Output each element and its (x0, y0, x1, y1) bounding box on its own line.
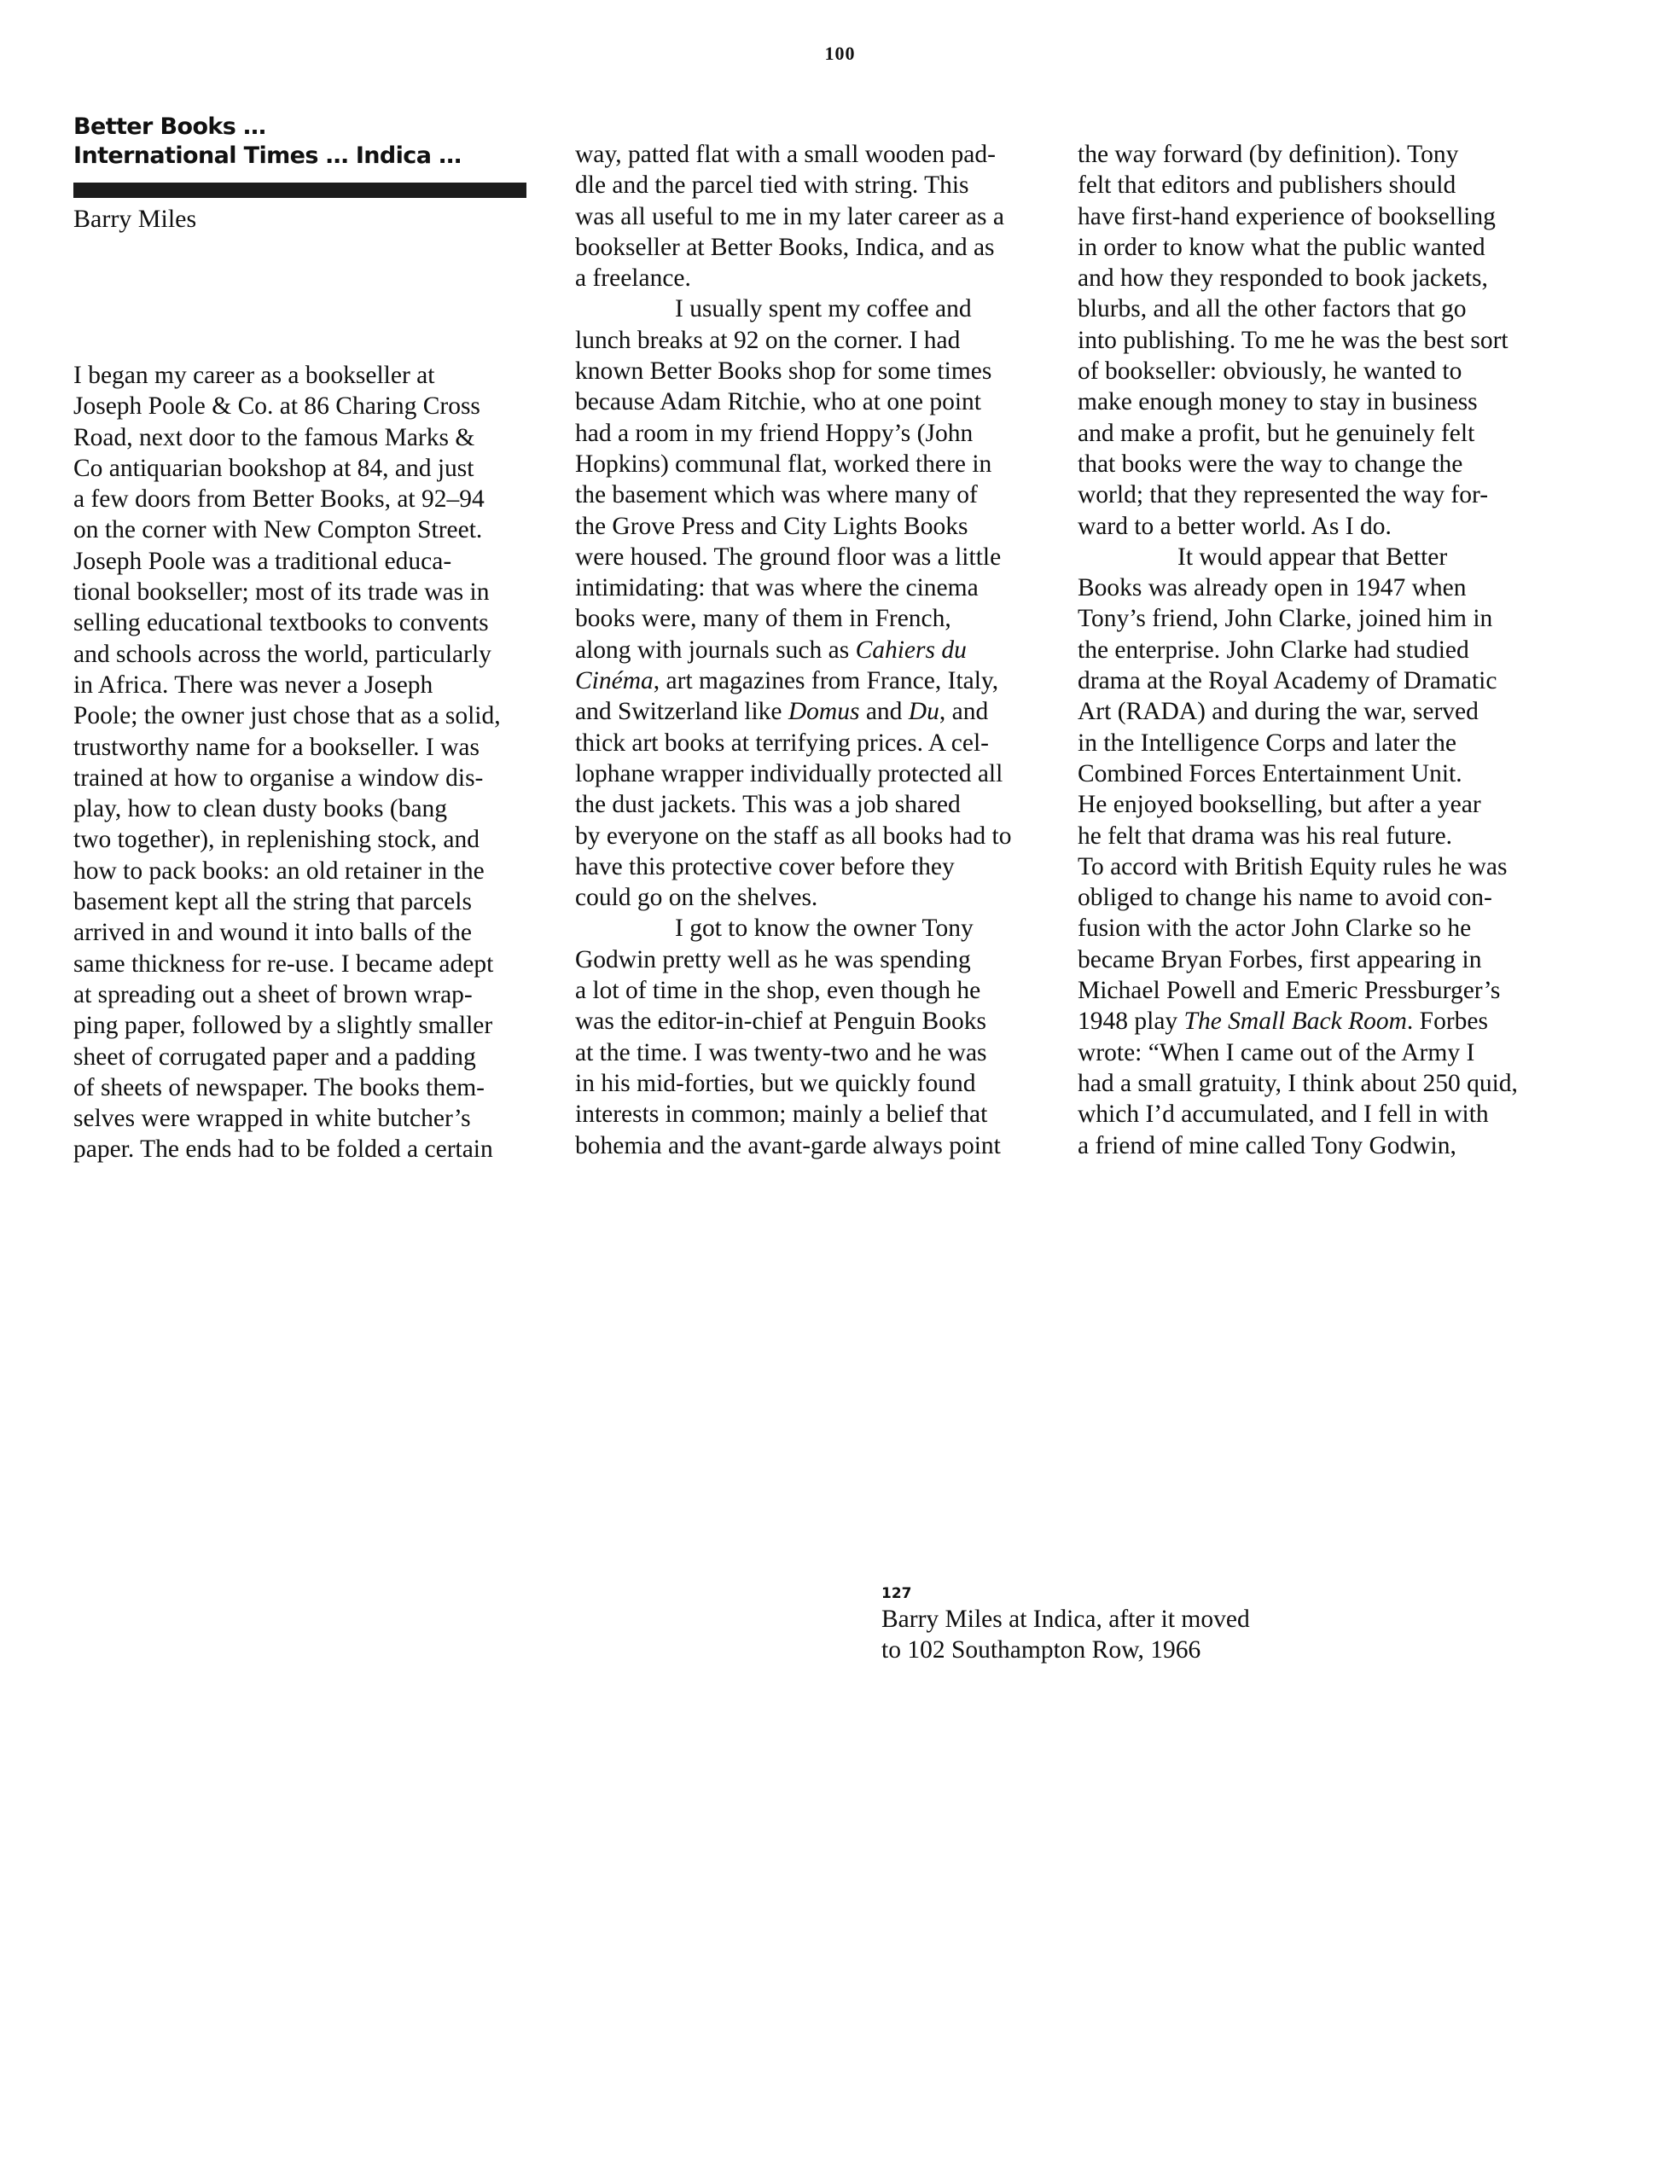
text-run: and (859, 698, 908, 725)
text-run: arrived in and wound it into balls of th… (73, 919, 472, 946)
text-line: fusion with the actor John Clarke so he (1078, 913, 1572, 944)
text-run: drama at the Royal Academy of Dramatic (1078, 667, 1497, 694)
text-run: a few doors from Better Books, at 92–94 (73, 485, 485, 513)
text-line: in order to know what the public wanted (1078, 232, 1572, 263)
text-line: by everyone on the staff as all books ha… (575, 821, 1070, 851)
text-run: It would appear that Better (1177, 543, 1447, 571)
text-run: tional bookseller; most of its trade was… (73, 578, 490, 606)
text-run: a friend of mine called Tony Godwin, (1078, 1132, 1456, 1159)
text-line: Joseph Poole & Co. at 86 Charing Cross (73, 391, 568, 421)
text-run: of bookseller: obviously, he wanted to (1078, 357, 1462, 385)
text-run: Joseph Poole was a traditional educa- (73, 548, 451, 575)
text-line: tional bookseller; most of its trade was… (73, 577, 568, 607)
text-line: in Africa. There was never a Joseph (73, 670, 568, 700)
text-run: Tony’s friend, John Clarke, joined him i… (1078, 605, 1492, 632)
text-line: the dust jackets. This was a job shared (575, 789, 1070, 820)
text-line: which I’d accumulated, and I fell in wit… (1078, 1099, 1572, 1130)
text-run: in the Intelligence Corps and later the (1078, 729, 1456, 757)
text-line: have this protective cover before they (575, 851, 1070, 882)
text-line: have first-hand experience of booksellin… (1078, 201, 1572, 232)
text-run: and Switzerland like (575, 698, 788, 725)
italic-title: Du (909, 698, 939, 725)
text-run: bookseller at Better Books, Indica, and … (575, 234, 995, 261)
text-line: wrote: “When I came out of the Army I (1078, 1037, 1572, 1068)
text-run: had a small gratuity, I think about 250 … (1078, 1070, 1518, 1097)
text-line: was all useful to me in my later career … (575, 201, 1070, 232)
text-run: . Forbes (1407, 1008, 1488, 1035)
text-line: I usually spent my coffee and (575, 293, 1070, 324)
text-line: I began my career as a bookseller at (73, 360, 568, 391)
text-line: intimidating: that was where the cinema (575, 572, 1070, 603)
text-run: two together), in replenishing stock, an… (73, 826, 480, 853)
text-line: lophane wrapper individually protected a… (575, 758, 1070, 789)
text-line: known Better Books shop for some times (575, 356, 1070, 386)
text-run: and make a profit, but he genuinely felt (1078, 420, 1474, 447)
text-run: way, patted flat with a small wooden pad… (575, 141, 996, 168)
italic-title: Cinéma (575, 667, 654, 694)
text-run: into publishing. To me he was the best s… (1078, 327, 1509, 354)
text-run: by everyone on the staff as all books ha… (575, 822, 1011, 850)
text-line: into publishing. To me he was the best s… (1078, 325, 1572, 356)
text-run: I got to know the owner Tony (675, 915, 974, 942)
text-run: of sheets of newspaper. The books them- (73, 1074, 485, 1101)
text-run: have first-hand experience of booksellin… (1078, 203, 1496, 230)
italic-title: Domus (788, 698, 860, 725)
text-line: became Bryan Forbes, first appearing in (1078, 944, 1572, 975)
text-column-2: way, patted flat with a small wooden pad… (575, 139, 1070, 1161)
text-run: I usually spent my coffee and (675, 295, 972, 322)
italic-title: The Small Back Room (1184, 1008, 1407, 1035)
caption-line: to 102 Southampton Row, 1966 (881, 1635, 1250, 1665)
text-run: books were, many of them in French, (575, 605, 951, 632)
text-run: was the editor-in-chief at Penguin Books (575, 1008, 986, 1035)
text-line: I got to know the owner Tony (575, 913, 1070, 944)
text-line: and how they responded to book jackets, (1078, 263, 1572, 293)
text-run: , and (939, 698, 988, 725)
figure-number: 127 (881, 1585, 912, 1602)
text-run: the way forward (by definition). Tony (1078, 141, 1458, 168)
text-line: of sheets of newspaper. The books them- (73, 1072, 568, 1103)
text-run: ward to a better world. As I do. (1078, 513, 1392, 540)
text-run: Road, next door to the famous Marks & (73, 424, 474, 451)
text-run: obliged to change his name to avoid con- (1078, 884, 1492, 911)
text-line: and make a profit, but he genuinely felt (1078, 418, 1572, 449)
text-run: the basement which was where many of (575, 481, 978, 508)
text-run: and schools across the world, particular… (73, 641, 491, 668)
text-line: along with journals such as Cahiers du (575, 635, 1070, 665)
text-run: the enterprise. John Clarke had studied (1078, 636, 1469, 664)
text-line: had a room in my friend Hoppy’s (John (575, 418, 1070, 449)
text-line: sheet of corrugated paper and a padding (73, 1042, 568, 1072)
text-line: Combined Forces Entertainment Unit. (1078, 758, 1572, 789)
text-run: how to pack books: an old retainer in th… (73, 857, 485, 885)
text-line: Co antiquarian bookshop at 84, and just (73, 453, 568, 484)
text-line: a lot of time in the shop, even though h… (575, 975, 1070, 1006)
article-title-line-2: International Times … Indica … (73, 142, 551, 171)
text-run: could go on the shelves. (575, 884, 817, 911)
text-run: Art (RADA) and during the war, served (1078, 698, 1479, 725)
text-line: the way forward (by definition). Tony (1078, 139, 1572, 170)
text-line: Hopkins) communal flat, worked there in (575, 449, 1070, 479)
text-run: that books were the way to change the (1078, 450, 1462, 478)
article-title: Better Books … International Times … Ind… (73, 113, 551, 171)
text-line: play, how to clean dusty books (bang (73, 793, 568, 824)
text-line: that books were the way to change the (1078, 449, 1572, 479)
text-run: He enjoyed bookselling, but after a year (1078, 791, 1481, 818)
text-line: Godwin pretty well as he was spending (575, 944, 1070, 975)
text-run: play, how to clean dusty books (bang (73, 795, 447, 822)
text-line: a freelance. (575, 263, 1070, 293)
text-run: thick art books at terrifying prices. A … (575, 729, 989, 757)
text-line: were housed. The ground floor was a litt… (575, 542, 1070, 572)
text-run: at the time. I was twenty-two and he was (575, 1039, 987, 1066)
text-column-3: the way forward (by definition). Tonyfel… (1078, 139, 1572, 1161)
text-run: a lot of time in the shop, even though h… (575, 977, 980, 1004)
text-line: To accord with British Equity rules he w… (1078, 851, 1572, 882)
text-line: at spreading out a sheet of brown wrap- (73, 979, 568, 1010)
text-run: same thickness for re-use. I became adep… (73, 950, 493, 978)
text-line: world; that they represented the way for… (1078, 479, 1572, 510)
text-run: a freelance. (575, 264, 691, 292)
text-line: because Adam Ritchie, who at one point (575, 386, 1070, 417)
text-line: 1948 play The Small Back Room. Forbes (1078, 1006, 1572, 1037)
text-run: Michael Powell and Emeric Pressburger’s (1078, 977, 1500, 1004)
page-number: 100 (0, 43, 1680, 65)
text-line: two together), in replenishing stock, an… (73, 824, 568, 855)
text-line: It would appear that Better (1078, 542, 1572, 572)
text-line: a few doors from Better Books, at 92–94 (73, 484, 568, 514)
text-run: world; that they represented the way for… (1078, 481, 1488, 508)
text-run: trained at how to organise a window dis- (73, 764, 483, 792)
text-run: make enough money to stay in business (1078, 388, 1478, 415)
text-line: He enjoyed bookselling, but after a year (1078, 789, 1572, 820)
text-run: lunch breaks at 92 on the corner. I had (575, 327, 960, 354)
text-run: bohemia and the avant-garde always point (575, 1132, 1001, 1159)
text-run: trustworthy name for a bookseller. I was (73, 734, 480, 761)
text-line: on the corner with New Compton Street. (73, 514, 568, 545)
text-run: basement kept all the string that parcel… (73, 888, 472, 915)
text-run: sheet of corrugated paper and a padding (73, 1043, 476, 1071)
text-line: paper. The ends had to be folded a certa… (73, 1134, 568, 1165)
text-line: arrived in and wound it into balls of th… (73, 917, 568, 948)
text-run: Hopkins) communal flat, worked there in (575, 450, 991, 478)
text-line: thick art books at terrifying prices. A … (575, 728, 1070, 758)
text-run: on the corner with New Compton Street. (73, 516, 482, 543)
text-run: had a room in my friend Hoppy’s (John (575, 420, 973, 447)
text-run: intimidating: that was where the cinema (575, 574, 979, 601)
text-line: dle and the parcel tied with string. Thi… (575, 170, 1070, 200)
text-line: interests in common; mainly a belief tha… (575, 1099, 1070, 1130)
text-run: the Grove Press and City Lights Books (575, 513, 968, 540)
text-run: Combined Forces Entertainment Unit. (1078, 760, 1462, 787)
text-run: selling educational textbooks to convent… (73, 609, 489, 636)
text-run: blurbs, and all the other factors that g… (1078, 295, 1466, 322)
text-run: he felt that drama was his real future. (1078, 822, 1452, 850)
text-line: make enough money to stay in business (1078, 386, 1572, 417)
text-line: of bookseller: obviously, he wanted to (1078, 356, 1572, 386)
text-line: in the Intelligence Corps and later the (1078, 728, 1572, 758)
text-line: trained at how to organise a window dis- (73, 763, 568, 793)
text-line: Tony’s friend, John Clarke, joined him i… (1078, 603, 1572, 634)
text-run: felt that editors and publishers should (1078, 171, 1456, 199)
text-line: bohemia and the avant-garde always point (575, 1130, 1070, 1161)
text-line: ping paper, followed by a slightly small… (73, 1010, 568, 1041)
text-line: the enterprise. John Clarke had studied (1078, 635, 1572, 665)
text-line: he felt that drama was his real future. (1078, 821, 1572, 851)
text-run: fusion with the actor John Clarke so he (1078, 915, 1471, 942)
caption-line: Barry Miles at Indica, after it moved (881, 1604, 1250, 1635)
text-run: was all useful to me in my later career … (575, 203, 1004, 230)
text-line: Poole; the owner just chose that as a so… (73, 700, 568, 731)
text-line: blurbs, and all the other factors that g… (1078, 293, 1572, 324)
text-run: at spreading out a sheet of brown wrap- (73, 981, 473, 1008)
text-line: Road, next door to the famous Marks & (73, 422, 568, 453)
text-run: Books was already open in 1947 when (1078, 574, 1467, 601)
text-run: in his mid-forties, but we quickly found (575, 1070, 975, 1097)
text-run: paper. The ends had to be folded a certa… (73, 1136, 493, 1163)
text-run: because Adam Ritchie, who at one point (575, 388, 981, 415)
text-run: known Better Books shop for some times (575, 357, 991, 385)
italic-title: Cahiers du (856, 636, 967, 664)
author-byline: Barry Miles (73, 204, 196, 235)
text-run: in order to know what the public wanted (1078, 234, 1485, 261)
text-line: the Grove Press and City Lights Books (575, 511, 1070, 542)
text-line: way, patted flat with a small wooden pad… (575, 139, 1070, 170)
text-line: in his mid-forties, but we quickly found (575, 1068, 1070, 1099)
text-line: how to pack books: an old retainer in th… (73, 856, 568, 886)
text-line: at the time. I was twenty-two and he was (575, 1037, 1070, 1068)
text-run: lophane wrapper individually protected a… (575, 760, 1003, 787)
text-line: Michael Powell and Emeric Pressburger’s (1078, 975, 1572, 1006)
text-run: were housed. The ground floor was a litt… (575, 543, 1001, 571)
text-run: To accord with British Equity rules he w… (1078, 853, 1507, 880)
figure-caption: Barry Miles at Indica, after it moved to… (881, 1604, 1250, 1666)
text-line: same thickness for re-use. I became adep… (73, 949, 568, 979)
text-line: trustworthy name for a bookseller. I was (73, 732, 568, 763)
text-run: Poole; the owner just chose that as a so… (73, 702, 501, 729)
title-rule-bar (73, 183, 526, 198)
text-line: and schools across the world, particular… (73, 639, 568, 670)
text-line: Art (RADA) and during the war, served (1078, 696, 1572, 727)
text-run: I began my career as a bookseller at (73, 362, 434, 389)
text-run: interests in common; mainly a belief tha… (575, 1101, 987, 1128)
text-line: could go on the shelves. (575, 882, 1070, 913)
text-run: and how they responded to book jackets, (1078, 264, 1488, 292)
text-line: Books was already open in 1947 when (1078, 572, 1572, 603)
text-line: Joseph Poole was a traditional educa- (73, 546, 568, 577)
text-line: was the editor-in-chief at Penguin Books (575, 1006, 1070, 1037)
text-line: the basement which was where many of (575, 479, 1070, 510)
text-line: lunch breaks at 92 on the corner. I had (575, 325, 1070, 356)
text-line: selling educational textbooks to convent… (73, 607, 568, 638)
text-line: felt that editors and publishers should (1078, 170, 1572, 200)
text-run: Godwin pretty well as he was spending (575, 946, 971, 973)
text-run: have this protective cover before they (575, 853, 955, 880)
text-line: books were, many of them in French, (575, 603, 1070, 634)
text-run: selves were wrapped in white butcher’s (73, 1105, 471, 1132)
text-line: and Switzerland like Domus and Du, and (575, 696, 1070, 727)
text-run: Joseph Poole & Co. at 86 Charing Cross (73, 392, 480, 420)
text-line: ward to a better world. As I do. (1078, 511, 1572, 542)
text-run: which I’d accumulated, and I fell in wit… (1078, 1101, 1489, 1128)
text-line: Cinéma, art magazines from France, Italy… (575, 665, 1070, 696)
text-column-1: I began my career as a bookseller atJose… (73, 360, 568, 1165)
text-run: along with journals such as (575, 636, 856, 664)
text-run: Co antiquarian bookshop at 84, and just (73, 455, 474, 482)
text-run: , art magazines from France, Italy, (654, 667, 998, 694)
text-line: drama at the Royal Academy of Dramatic (1078, 665, 1572, 696)
text-run: became Bryan Forbes, first appearing in (1078, 946, 1481, 973)
text-line: obliged to change his name to avoid con- (1078, 882, 1572, 913)
text-run: ping paper, followed by a slightly small… (73, 1012, 492, 1039)
text-run: wrote: “When I came out of the Army I (1078, 1039, 1474, 1066)
text-run: the dust jackets. This was a job shared (575, 791, 961, 818)
text-run: 1948 play (1078, 1008, 1184, 1035)
text-line: selves were wrapped in white butcher’s (73, 1103, 568, 1134)
text-line: had a small gratuity, I think about 250 … (1078, 1068, 1572, 1099)
text-run: dle and the parcel tied with string. Thi… (575, 171, 969, 199)
text-run: in Africa. There was never a Joseph (73, 671, 433, 699)
text-line: a friend of mine called Tony Godwin, (1078, 1130, 1572, 1161)
text-line: bookseller at Better Books, Indica, and … (575, 232, 1070, 263)
text-line: basement kept all the string that parcel… (73, 886, 568, 917)
article-title-line-1: Better Books … (73, 113, 551, 142)
